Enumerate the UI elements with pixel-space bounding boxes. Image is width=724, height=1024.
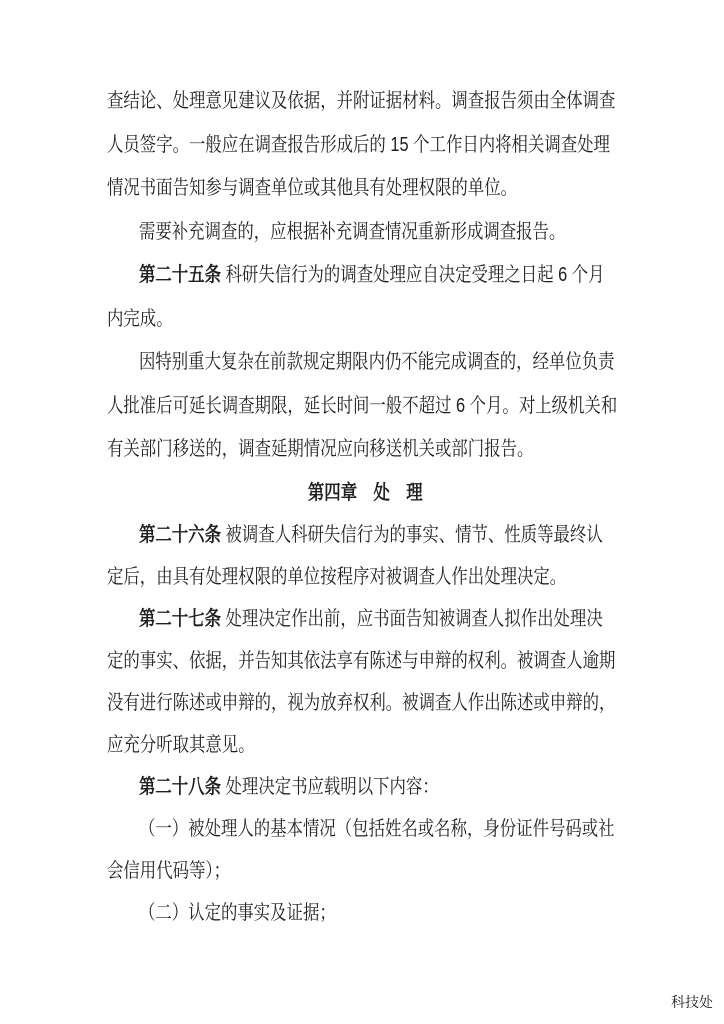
paragraph: 第二十八条 处理决定书应载明以下内容：	[107, 766, 624, 808]
article-number: 第二十七条	[139, 608, 221, 630]
paragraph: 第二十五条 科研失信行为的调查处理应自决定受理之日起 6 个月 内完成。	[107, 254, 624, 341]
paragraph: （二）认定的事实及证据；	[107, 892, 624, 934]
paragraph: 查结论、处理意见建议及依据，并附证据材料。调查报告须由全体调查 人员签字。一般应…	[107, 80, 624, 211]
paragraph: （一）被处理人的基本情况（包括姓名或名称，身份证件号码或社 会信用代码等）；	[107, 808, 624, 892]
paragraph-text: 处理决定书应载明以下内容：	[221, 776, 439, 798]
paragraph: 因特别重大复杂在前款规定期限内仍不能完成调查的，经单位负责 人批准后可延长调查期…	[107, 341, 624, 472]
paragraph-text: 需要补充调查的，应根据补充调查情况重新形成调查报告。	[139, 221, 565, 243]
paragraph-text: 查结论、处理意见建议及依据，并附证据材料。调查报告须由全体调查 人员签字。一般应…	[107, 90, 615, 199]
article-number: 第四章 处 理	[308, 482, 423, 504]
paragraph-text: （一）被处理人的基本情况（包括姓名或名称，身份证件号码或社 会信用代码等）；	[107, 818, 615, 882]
paragraph-text: 因特别重大复杂在前款规定期限内仍不能完成调查的，经单位负责 人批准后可延长调查期…	[107, 351, 617, 460]
article-number: 第二十五条	[139, 264, 221, 286]
article-number: 第二十六条	[139, 524, 221, 546]
paragraph: 需要补充调查的，应根据补充调查情况重新形成调查报告。	[107, 211, 624, 255]
footer-label: 科技处	[671, 994, 713, 1010]
document-body: 查结论、处理意见建议及依据，并附证据材料。调查报告须由全体调查 人员签字。一般应…	[107, 80, 624, 934]
article-number: 第二十八条	[139, 776, 221, 798]
paragraph: 第二十六条 被调查人科研失信行为的事实、情节、性质等最终认 定后，由具有处理权限…	[107, 514, 624, 598]
page: 查结论、处理意见建议及依据，并附证据材料。调查报告须由全体调查 人员签字。一般应…	[0, 0, 724, 1024]
paragraph-text: （二）认定的事实及证据；	[139, 902, 336, 924]
chapter-heading: 第四章 处 理	[107, 472, 624, 514]
paragraph: 第二十七条 处理决定作出前，应书面告知被调查人拟作出处理决 定的事实、依据，并告…	[107, 598, 624, 766]
page-footer: 科技处	[671, 994, 713, 1010]
